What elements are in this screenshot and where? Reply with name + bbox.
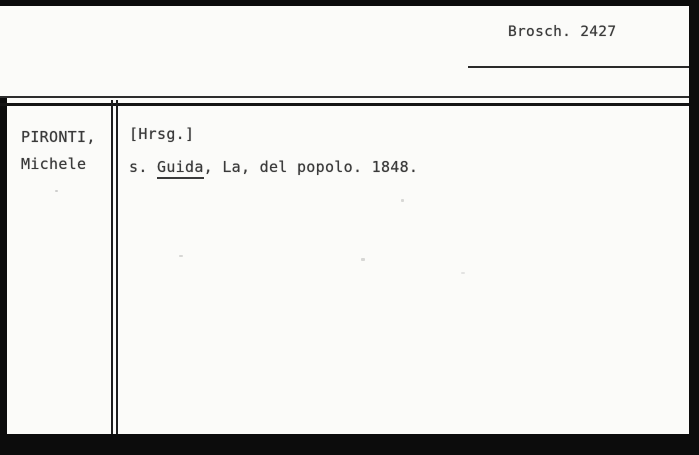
scan-border-bottom (0, 434, 699, 455)
catalog-card: Brosch. 2427 PIRONTI, Michele [Hrsg.] s.… (0, 0, 699, 455)
entry-reference: s. Guida, La, del popolo. 1848. (129, 160, 418, 175)
horizontal-rule-top (0, 96, 689, 98)
scan-speck (461, 272, 465, 274)
entry-reference-suffix: , La, del popolo. 1848. (204, 158, 419, 176)
scan-speck (179, 255, 183, 257)
entry-reference-prefix: s. (129, 158, 157, 176)
author-forename: Michele (21, 157, 86, 172)
column-divider-right (116, 100, 118, 434)
shelfmark: Brosch. 2427 (508, 25, 616, 40)
entry-role: [Hrsg.] (129, 127, 194, 142)
scan-border-left (0, 98, 7, 455)
scan-speck (361, 258, 365, 261)
scan-speck (55, 190, 58, 192)
scan-speck (401, 199, 404, 202)
shelfmark-rule (468, 66, 689, 68)
column-divider-left (111, 100, 113, 434)
entry-reference-title-underlined: Guida (157, 158, 204, 179)
scan-border-top (0, 0, 699, 6)
horizontal-rule-bottom (0, 103, 689, 106)
scan-border-right (689, 0, 699, 455)
author-surname: PIRONTI, (21, 130, 96, 145)
